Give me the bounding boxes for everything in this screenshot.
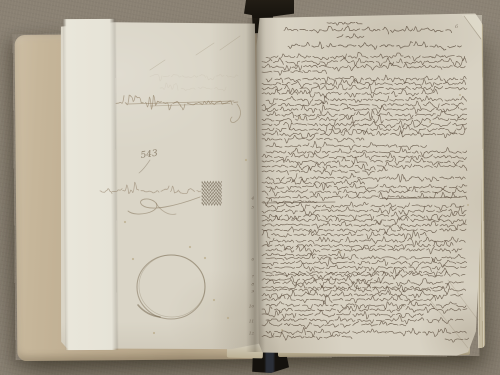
manuscript-photo: 4567891011126543 bbox=[0, 0, 500, 375]
right-page bbox=[256, 13, 484, 356]
flyleaf-edge-strip bbox=[63, 19, 117, 350]
